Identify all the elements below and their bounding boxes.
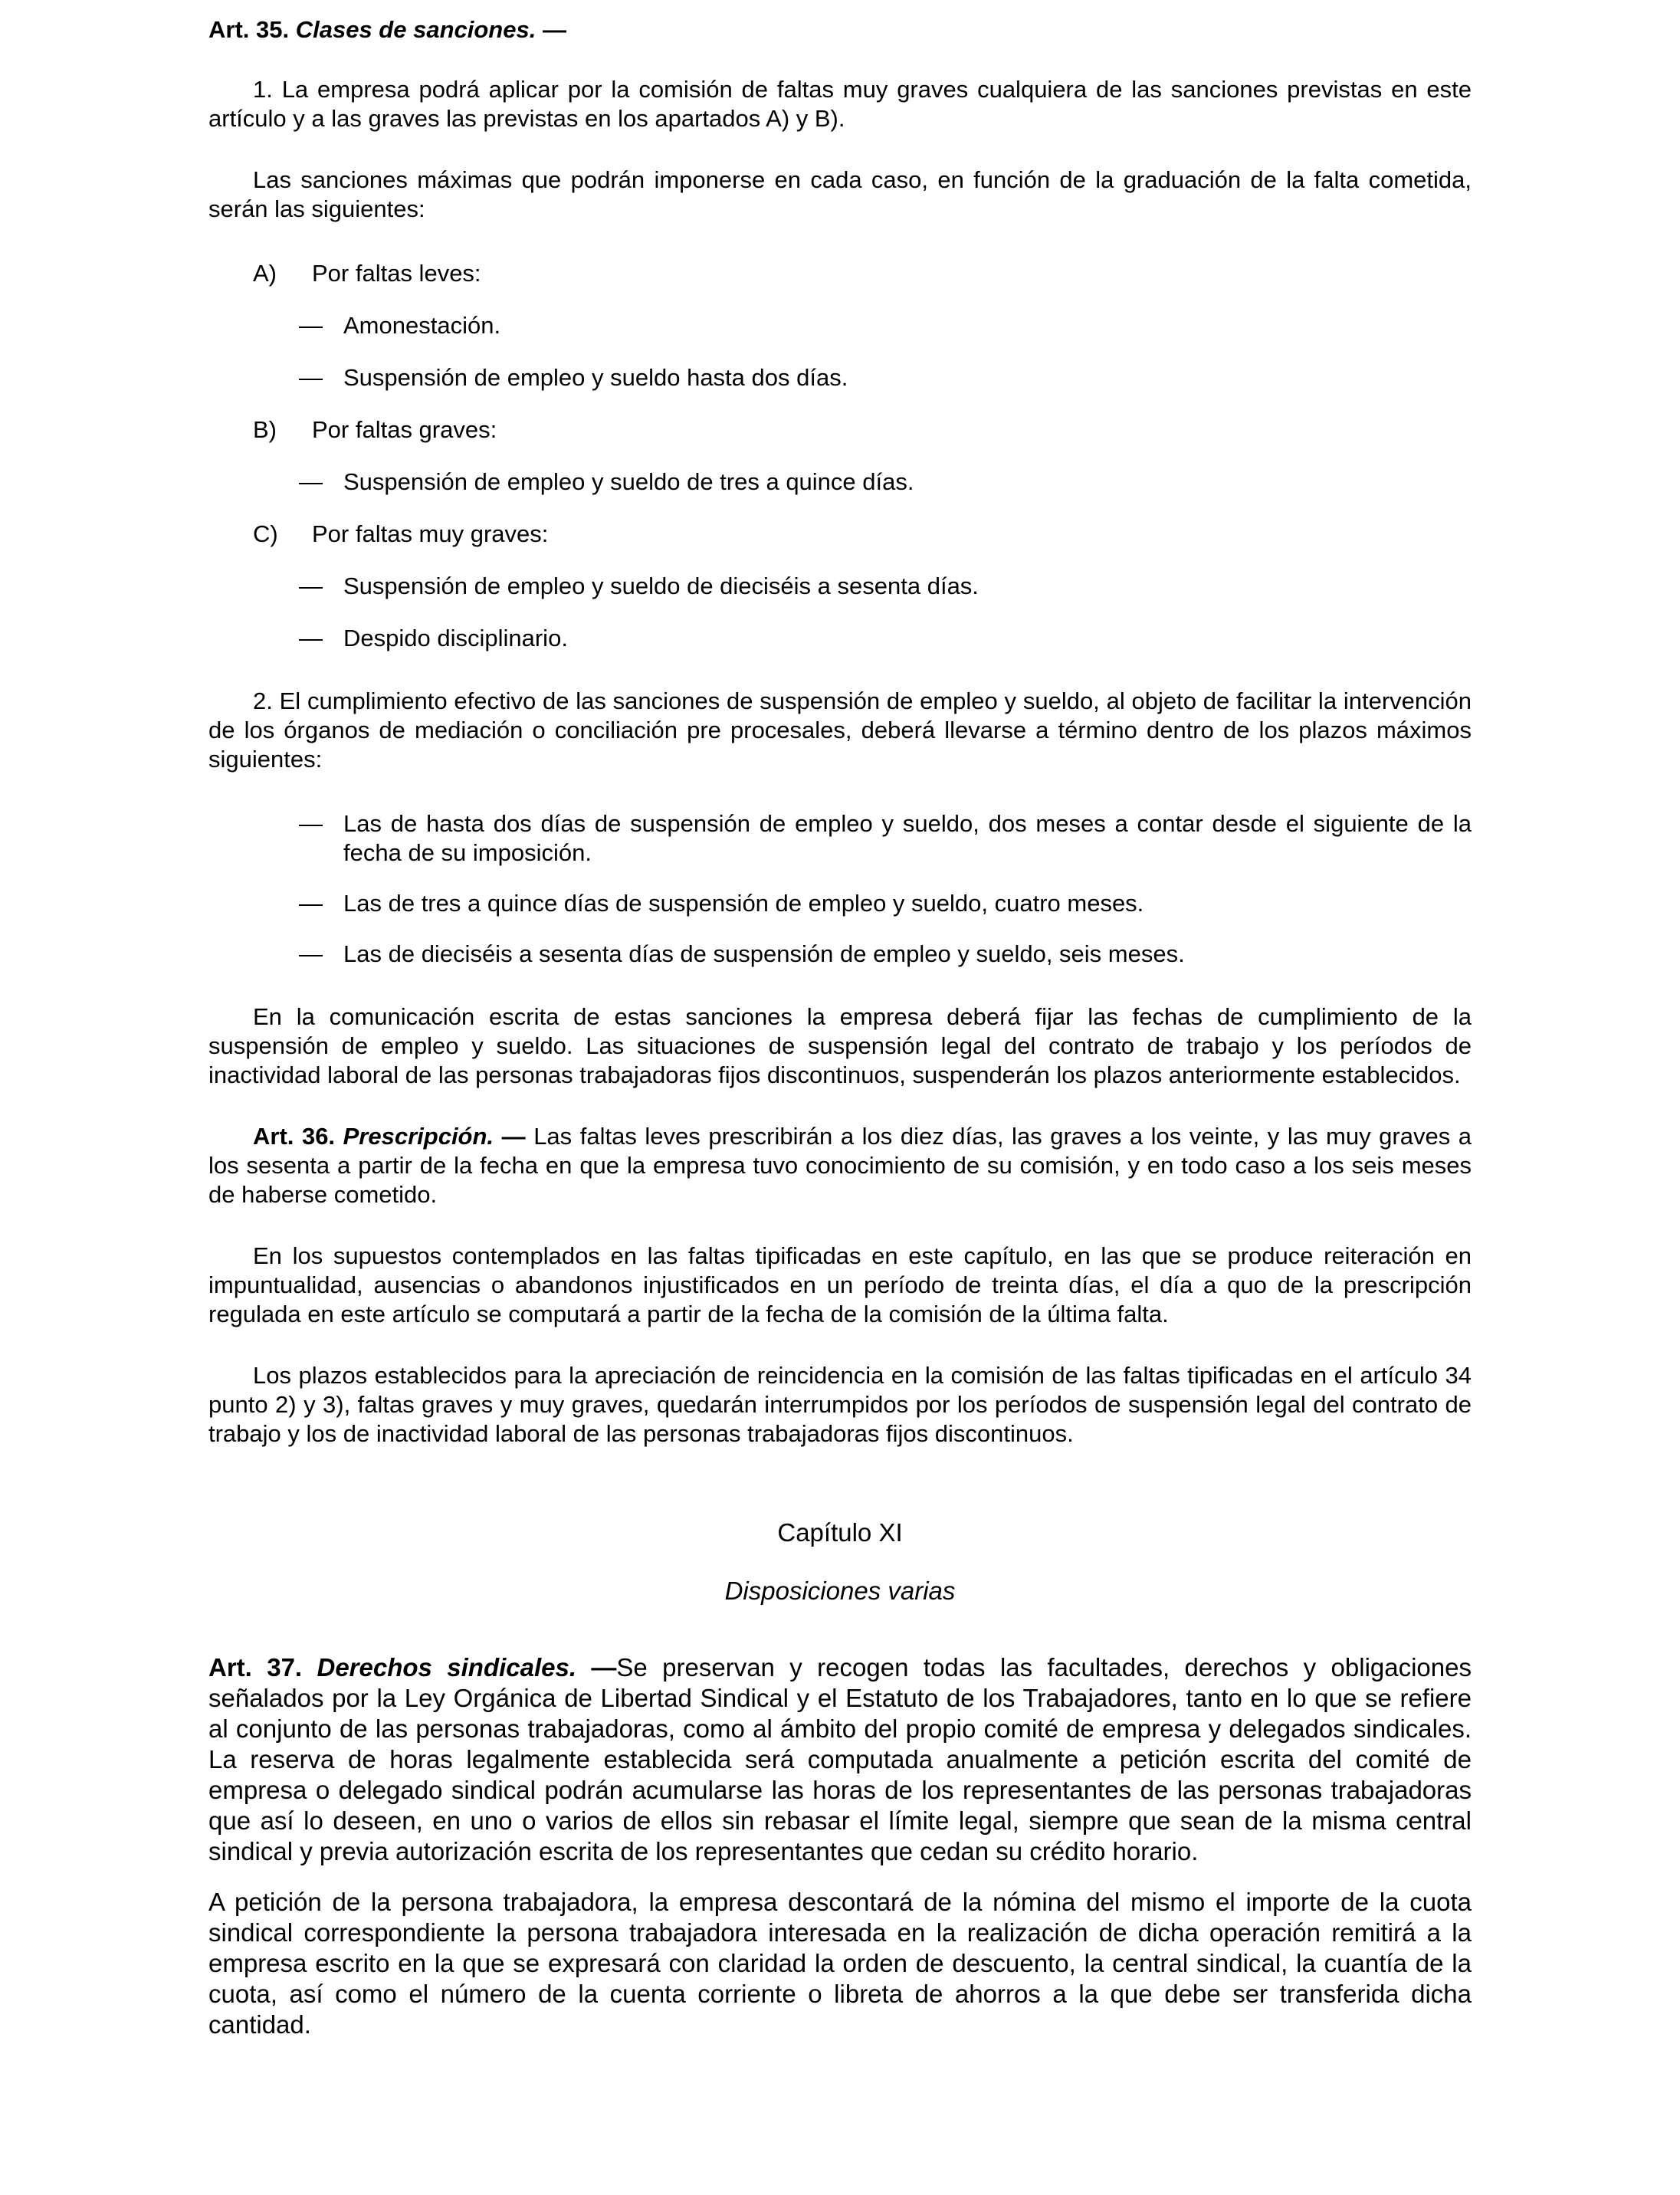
dash-icon: — <box>299 624 323 653</box>
paragraph-37-2: A petición de la persona trabajadora, la… <box>208 1887 1472 2040</box>
paragraph-35-4: En la comunicación escrita de estas sanc… <box>208 1002 1472 1090</box>
article-37-text: Se preservan y recogen todas las faculta… <box>208 1653 1472 1865</box>
article-36-paragraph: Art. 36. Prescripción. — Las faltas leve… <box>208 1122 1472 1209</box>
dash-item: —Suspensión de empleo y sueldo de diecis… <box>208 572 1472 601</box>
article-35-dash: — <box>543 16 566 43</box>
list-label-c: C) <box>253 520 278 549</box>
dash-item-text: Las de tres a quince días de suspensión … <box>343 890 1144 917</box>
chapter-heading: Capítulo XI <box>208 1517 1472 1548</box>
article-36-title: Prescripción. <box>343 1123 502 1150</box>
dash-icon: — <box>299 572 323 601</box>
document-body-upper: Art. 35. Clases de sanciones. — 1. La em… <box>208 15 1472 1449</box>
article-35-title: Clases de sanciones. <box>296 16 543 43</box>
paragraph-35-3: 2. El cumplimiento efectivo de las sanci… <box>208 687 1472 774</box>
document-page: Art. 35. Clases de sanciones. — 1. La em… <box>0 0 1680 2195</box>
dash-item: —Amonestación. <box>208 311 1472 340</box>
dash-item-text: Despido disciplinario. <box>343 625 568 651</box>
dash-item-text: Suspensión de empleo y sueldo de diecisé… <box>343 573 979 599</box>
paragraph-36-2: En los supuestos contemplados en las fal… <box>208 1242 1472 1329</box>
dash-item: —Suspensión de empleo y sueldo de tres a… <box>208 468 1472 497</box>
dash-item: —Las de tres a quince días de suspensión… <box>208 889 1472 918</box>
dash-icon: — <box>299 311 323 340</box>
article-37-paragraph: Art. 37. Derechos sindicales. —Se preser… <box>208 1652 1472 1867</box>
list-item-b: B)Por faltas graves: <box>208 415 1472 445</box>
article-37-title: Derechos sindicales. <box>317 1653 591 1682</box>
article-37-number: Art. 37. <box>208 1653 317 1682</box>
dash-item: —Despido disciplinario. <box>208 624 1472 653</box>
list-text-a: Por faltas leves: <box>312 260 481 287</box>
list-text-b: Por faltas graves: <box>312 416 497 443</box>
chapter-subtitle: Disposiciones varias <box>208 1576 1472 1606</box>
dash-item-text: Amonestación. <box>343 312 500 339</box>
article-35-number: Art. 35. <box>208 16 296 43</box>
article-37-dash: — <box>591 1653 616 1682</box>
list-text-c: Por faltas muy graves: <box>312 520 548 547</box>
dash-item: —Las de dieciséis a sesenta días de susp… <box>208 940 1472 969</box>
dash-icon: — <box>299 940 323 969</box>
paragraph-35-2: Las sanciones máximas que podrán imponer… <box>208 166 1472 224</box>
dash-icon: — <box>299 809 323 838</box>
list-label-b: B) <box>253 415 277 445</box>
dash-item-text: Suspensión de empleo y sueldo de tres a … <box>343 468 914 495</box>
paragraph-35-1: 1. La empresa podrá aplicar por la comis… <box>208 75 1472 133</box>
article-35-heading: Art. 35. Clases de sanciones. — <box>208 15 1472 44</box>
article-36-dash: — <box>502 1123 534 1150</box>
dash-icon: — <box>299 889 323 918</box>
document-body-lower: Capítulo XI Disposiciones varias Art. 37… <box>208 1517 1472 2040</box>
dash-item-text: Las de dieciséis a sesenta días de suspe… <box>343 940 1185 967</box>
dash-icon: — <box>299 363 323 392</box>
dash-item-text: Las de hasta dos días de suspensión de e… <box>343 810 1472 866</box>
dash-item: —Las de hasta dos días de suspensión de … <box>208 809 1472 868</box>
dash-item-text: Suspensión de empleo y sueldo hasta dos … <box>343 364 848 391</box>
list-item-a: A)Por faltas leves: <box>208 259 1472 288</box>
list-label-a: A) <box>253 259 277 288</box>
dash-icon: — <box>299 468 323 497</box>
list-item-c: C)Por faltas muy graves: <box>208 520 1472 549</box>
paragraph-36-3: Los plazos establecidos para la apreciac… <box>208 1361 1472 1449</box>
article-36-number: Art. 36. <box>253 1123 343 1150</box>
dash-item: —Suspensión de empleo y sueldo hasta dos… <box>208 363 1472 392</box>
